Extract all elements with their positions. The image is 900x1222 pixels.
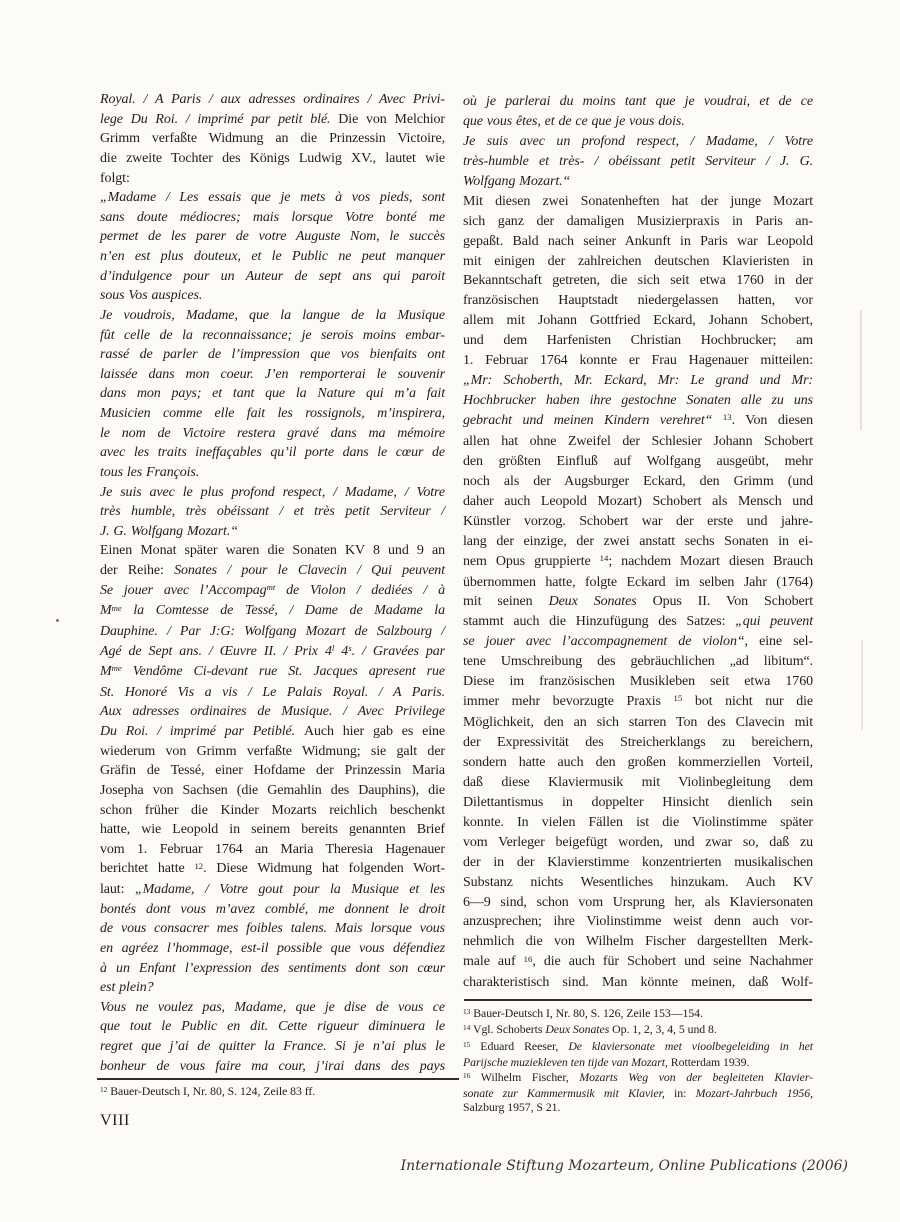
text-segment: Royal. / A Paris / aux adresses ordinair…: [100, 92, 445, 107]
text-segment: nehmlich die von Wilhelm Fischer dargest…: [463, 934, 813, 949]
text-line: sous Vos auspices.: [100, 286, 445, 306]
text-column-left: Royal. / A Paris / aux adresses ordinair…: [100, 90, 445, 1076]
text-line: se jouer avec l’accompagnement de violon…: [463, 632, 813, 652]
text-line: Dilettantismus in doppelter Hinsicht die…: [463, 793, 813, 813]
text-line: Diese im französischen Musikleben seit e…: [463, 672, 813, 692]
text-line: allen hat ohne Zweifel der Schlesier Joh…: [463, 432, 813, 452]
text-line: sonate zur Kammermusik mit Klavier, in: …: [463, 1086, 813, 1100]
text-segment: Einen Monat später waren die Sonaten KV …: [100, 543, 445, 558]
text-line: sondern hatte auch den großen kommerziel…: [463, 753, 813, 773]
text-line: Hochbrucker haben ihre gestochne Sonaten…: [463, 391, 813, 411]
text-segment: Eduard Reeser,: [470, 1039, 568, 1053]
text-segment: übernommen hatte, folgte Eckard im selbe…: [463, 575, 813, 590]
text-segment: Vendôme Ci-devant rue St. Jacques aprese…: [122, 664, 445, 679]
text-line: Musicien comme elle fait les rossignols,…: [100, 404, 445, 424]
superscript-text: 12: [100, 1085, 107, 1094]
text-line: und dem Harfenisten Christian Hochbrucke…: [463, 331, 813, 351]
text-segment: Vgl. Schoberts: [470, 1022, 545, 1036]
text-line: 6—9 sind, schon vom Ursprung her, als Kl…: [463, 893, 813, 913]
text-line: Salzburg 1957, S 21.: [463, 1100, 813, 1114]
text-segment: Bekanntschaft getreten, die sich seit et…: [463, 273, 813, 288]
text-line: male auf 16, die auch für Schobert und s…: [463, 952, 813, 973]
text-segment: M: [100, 603, 112, 618]
text-line: wiederum von Grimm verfaßte Widmung; sie…: [100, 742, 445, 762]
text-line: charakteristisch sind. Man könnte meinen…: [463, 973, 813, 993]
text-line: nem Opus gruppierte 14; nachdem Mozart d…: [463, 552, 813, 573]
text-segment: in:: [665, 1086, 696, 1100]
text-segment: à un Enfant l’expression des sentiments …: [100, 961, 445, 976]
text-line: très humble, très obéissant / et très pe…: [100, 502, 445, 522]
text-segment: rassé de parler de l’impression que vos …: [100, 347, 445, 362]
superscript-text: 16: [463, 1071, 470, 1080]
text-segment: Se jouer avec l’Accompag: [100, 583, 267, 598]
text-line: Aux adresses ordinaires de Musique. / Av…: [100, 702, 445, 722]
text-line: „Madame / Les essais que je mets à vos p…: [100, 188, 445, 208]
text-segment: Sonates / pour le Clavecin / Qui peuvent: [174, 563, 445, 578]
text-line: permet de les parer de votre Auguste Nom…: [100, 227, 445, 247]
text-line: à un Enfant l’expression des sentiments …: [100, 959, 445, 979]
text-segment: Möglichkeit, den an sich starren Ton des…: [463, 715, 813, 730]
text-segment: est plein?: [100, 980, 154, 995]
text-segment: mit einigen der zahlreichen deutschen Kl…: [463, 254, 813, 269]
text-line: Dauphine. / Par J:G: Wolfgang Mozart de …: [100, 622, 445, 642]
text-segment: französischen Hauptstadt niedergelassen …: [463, 293, 813, 308]
text-line: Bekanntschaft getreten, die sich seit et…: [463, 271, 813, 291]
text-line: Je voudrois, Madame, que la langue de la…: [100, 306, 445, 326]
text-segment: St. Honoré Vis a vis / Le Palais Royal. …: [100, 685, 445, 700]
text-segment: . Von diesen: [732, 413, 813, 428]
text-segment: Hochbrucker haben ihre gestochne Sonaten…: [463, 393, 813, 408]
text-segment: tous les François.: [100, 465, 199, 480]
text-line: Je suis avec un profond respect, / Madam…: [463, 132, 813, 152]
text-segment: de vous consacrer mes foibles talens. Ma…: [100, 921, 445, 936]
text-segment: bonheur de vous faire ma cour, j’irai da…: [100, 1059, 445, 1074]
text-line: Mme Vendôme Ci-devant rue St. Jacques ap…: [100, 662, 445, 683]
text-segment: noch als der Augsburger Eckard, den Grim…: [463, 474, 813, 489]
text-segment: Je suis avec le plus profond respect, / …: [100, 485, 445, 500]
text-segment: lege Du Roi. / imprimé par petit blé.: [100, 112, 338, 127]
text-line: sich ganz der damaligen Musizierpraxis i…: [463, 212, 813, 232]
text-segment: tene Umschreibung des gebräuchlichen „ad…: [463, 654, 813, 669]
text-segment: regret que j’ai de quitter la France. Si…: [100, 1039, 445, 1054]
text-segment: Grimm verfaßte Widmung an die Prinzessin…: [100, 131, 445, 146]
page-number: VIII: [100, 1112, 130, 1130]
text-segment: „Madame / Les essais que je mets à vos p…: [100, 190, 445, 205]
text-line: nehmlich die von Wilhelm Fischer dargest…: [463, 932, 813, 952]
text-line: schon früher die Kinder Mozarts reichlic…: [100, 801, 445, 821]
text-segment: en agréez l’hommage, est-il possible que…: [100, 941, 445, 956]
text-line: 13 Bauer-Deutsch I, Nr. 80, S. 126, Zeil…: [463, 1006, 813, 1022]
text-line: le nom de Victoire restera gravé dans ma…: [100, 424, 445, 444]
text-segment: Die von Melchior: [338, 112, 445, 127]
text-segment: que tout le Public en dit. Cette rigueur…: [100, 1019, 445, 1034]
text-segment: der Expressivität des Streicherklangs zu…: [463, 735, 813, 750]
text-line: daß diese Klaviermusik mit Violinbegleit…: [463, 773, 813, 793]
text-segment: nem Opus gruppierte: [463, 554, 600, 569]
text-line: Künstler vorzog. Schobert war der erste …: [463, 512, 813, 532]
text-segment: très humble, très obéissant / et très pe…: [100, 504, 445, 519]
text-segment: où je parlerai du moins tant que je voud…: [463, 94, 813, 109]
superscript-text: 13: [463, 1007, 470, 1016]
text-segment: konnte. In vielen Fällen ist die Violins…: [463, 815, 813, 830]
text-segment: avec les traits ineffaçables qu’il porte…: [100, 445, 445, 460]
text-line: en agréez l’hommage, est-il possible que…: [100, 939, 445, 959]
scanned-book-page: Royal. / A Paris / aux adresses ordinair…: [0, 0, 900, 1222]
text-segment: Du Roi. / imprimé par Petiblé.: [100, 724, 304, 739]
text-segment: sondern hatte auch den großen kommerziel…: [463, 755, 813, 770]
text-line: Se jouer avec l’Accompagmt de Violon / d…: [100, 581, 445, 602]
text-line: Agé de Sept ans. / Œuvre II. / Prix 4l 4…: [100, 642, 445, 663]
text-line: Parijsche muziekleven ten tijde van Moza…: [463, 1055, 813, 1069]
text-line: tene Umschreibung des gebräuchlichen „ad…: [463, 652, 813, 672]
text-segment: der Reihe:: [100, 563, 174, 578]
text-segment: De klaviersonate met vioolbegeleiding in…: [568, 1039, 813, 1053]
text-line: folgt:: [100, 169, 445, 189]
text-line: der Reihe: Sonates / pour le Clavecin / …: [100, 561, 445, 581]
text-segment: Je suis avec un profond respect, / Madam…: [463, 134, 813, 149]
text-segment: den größten Einfluß auf Wolfgang ausgeüb…: [463, 454, 813, 469]
text-line: regret que j’ai de quitter la France. Si…: [100, 1037, 445, 1057]
superscript-text: 14: [600, 553, 609, 563]
text-segment: Je voudrois, Madame, que la langue de la…: [100, 308, 445, 323]
text-segment: permet de les parer de votre Auguste Nom…: [100, 229, 445, 244]
text-segment: Wolfgang Mozart.“: [463, 174, 570, 189]
text-line: Substanz nichts Wesentliches hinzukam. A…: [463, 873, 813, 893]
text-line: J. G. Wolfgang Mozart.“: [100, 522, 445, 542]
text-segment: . / Gravées par: [352, 644, 445, 659]
text-line: daher auch Leopold Mozart) Schobert als …: [463, 492, 813, 512]
text-line: Du Roi. / imprimé par Petiblé. Auch hier…: [100, 722, 445, 742]
text-line: konnte. In vielen Fällen ist die Violins…: [463, 813, 813, 833]
text-line: 12 Bauer-Deutsch I, Nr. 80, S. 124, Zeil…: [100, 1084, 445, 1100]
text-column-right: où je parlerai du moins tant que je voud…: [463, 92, 813, 993]
text-segment: Diese im französischen Musikleben seit e…: [463, 674, 813, 689]
text-segment: que vous êtes, et de ce que je vous dois…: [463, 114, 685, 129]
text-line: vom Verleger beigefügt worden, und zwar …: [463, 833, 813, 853]
text-segment: Bauer-Deutsch I, Nr. 80, S. 126, Zeile 1…: [470, 1006, 703, 1020]
text-segment: Musicien comme elle fait les rossignols,…: [100, 406, 445, 421]
text-segment: gepaßt. Bald nach seiner Ankunft in Pari…: [463, 234, 813, 249]
text-line: d’indulgence pour un Auteur de sept ans …: [100, 267, 445, 287]
text-line: allem mit Johann Gottfried Eckard, Johan…: [463, 311, 813, 331]
text-line: immer mehr bevorzugte Praxis 15 bot nich…: [463, 692, 813, 713]
text-segment: Op. 1, 2, 3, 4, 5 und 8.: [609, 1022, 717, 1036]
text-line: mit einigen der zahlreichen deutschen Kl…: [463, 252, 813, 272]
text-segment: Mozart-Jahrbuch 1956,: [696, 1086, 813, 1100]
text-segment: allem mit Johann Gottfried Eckard, Johan…: [463, 313, 813, 328]
superscript-text: 12: [194, 861, 203, 871]
text-line: Vous ne voulez pas, Madame, que je dise …: [100, 998, 445, 1018]
text-segment: vom Verleger beigefügt worden, und zwar …: [463, 835, 813, 850]
text-line: Gräfin de Tessé, einer Hofdame der Prinz…: [100, 761, 445, 781]
text-segment: Künstler vorzog. Schobert war der erste …: [463, 514, 813, 529]
text-segment: laissée dans mon coeur. J’en remporterai…: [100, 367, 445, 382]
text-segment: „qui peuvent: [735, 614, 813, 629]
text-line: bontés dont vous m’avez comblé, me donne…: [100, 900, 445, 920]
text-segment: Bauer-Deutsch I, Nr. 80, S. 124, Zeile 8…: [107, 1084, 315, 1098]
text-line: gepaßt. Bald nach seiner Ankunft in Pari…: [463, 232, 813, 252]
text-line: der in der Klavierstimme konzentrierten …: [463, 853, 813, 873]
text-segment: male auf: [463, 954, 524, 969]
text-segment: sich ganz der damaligen Musizierpraxis i…: [463, 214, 813, 229]
text-line: de vous consacrer mes foibles talens. Ma…: [100, 919, 445, 939]
text-segment: berichtet hatte: [100, 861, 194, 876]
text-segment: bontés dont vous m’avez comblé, me donne…: [100, 902, 445, 917]
text-line: Einen Monat später waren die Sonaten KV …: [100, 541, 445, 561]
text-line: Je suis avec le plus profond respect, / …: [100, 483, 445, 503]
superscript-text: 13: [723, 412, 732, 422]
superscript-text: 15: [674, 693, 683, 703]
text-segment: vom 1. Februar 1764 an Maria Theresia Ha…: [100, 842, 445, 857]
superscript-text: 14: [463, 1023, 470, 1032]
text-line: lang der einzige, der zwei anstatt sechs…: [463, 532, 813, 552]
text-segment: folgt:: [100, 171, 130, 186]
text-line: berichtet hatte 12. Diese Widmung hat fo…: [100, 859, 445, 880]
text-segment: Wilhelm Fischer,: [470, 1070, 579, 1084]
text-line: die zweite Tochter des Königs Ludwig XV.…: [100, 149, 445, 169]
superscript-text: 15: [463, 1040, 470, 1049]
text-segment: M: [100, 664, 112, 679]
text-line: Royal. / A Paris / aux adresses ordinair…: [100, 90, 445, 110]
text-segment: très-humble et très- / obéissant petit S…: [463, 154, 813, 169]
text-segment: charakteristisch sind. Man könnte meinen…: [463, 975, 813, 990]
text-segment: Parijsche muziekleven ten tijde van Moza…: [463, 1055, 668, 1069]
text-line: übernommen hatte, folgte Eckard im selbe…: [463, 573, 813, 593]
superscript-text: l: [332, 643, 334, 653]
text-line: où je parlerai du moins tant que je voud…: [463, 92, 813, 112]
footnote-rule-left: [97, 1078, 459, 1080]
text-segment: die zweite Tochter des Königs Ludwig XV.…: [100, 151, 445, 166]
text-segment: ; nachdem Mozart diesen Brauch: [608, 554, 813, 569]
text-segment: „Mr: Schoberth, Mr. Eckard, Mr: Le grand…: [463, 373, 813, 388]
footnotes-right: 13 Bauer-Deutsch I, Nr. 80, S. 126, Zeil…: [463, 1006, 813, 1115]
text-line: que vous êtes, et de ce que je vous dois…: [463, 112, 813, 132]
text-line: laissée dans mon coeur. J’en remporterai…: [100, 365, 445, 385]
text-segment: mit seinen: [463, 594, 549, 609]
text-line: 1. Februar 1764 konnte er Frau Hagenauer…: [463, 351, 813, 371]
text-segment: dans mon pays; et tant que la Nature qui…: [100, 386, 445, 401]
text-line: fût celle de la reconnaissance; je seroi…: [100, 326, 445, 346]
text-segment: Rotterdam 1939.: [668, 1055, 749, 1069]
text-segment: Substanz nichts Wesentliches hinzukam. A…: [463, 875, 813, 890]
text-line: lege Du Roi. / imprimé par petit blé. Di…: [100, 110, 445, 130]
superscript-text: 16: [524, 954, 533, 964]
text-line: laut: „Madame, / Votre gout pour la Musi…: [100, 880, 445, 900]
text-line: mit seinen Deux Sonates Opus II. Von Sch…: [463, 592, 813, 612]
text-segment: und dem Harfenisten Christian Hochbrucke…: [463, 333, 813, 348]
text-line: 14 Vgl. Schoberts Deux Sonates Op. 1, 2,…: [463, 1022, 813, 1038]
text-segment: Gräfin de Tessé, einer Hofdame der Prinz…: [100, 763, 445, 778]
text-line: sans doute médiocres; mais lorsque Votre…: [100, 208, 445, 228]
text-segment: Dilettantismus in doppelter Hinsicht die…: [463, 795, 813, 810]
text-segment: le nom de Victoire restera gravé dans ma…: [100, 426, 445, 441]
text-segment: , eine sel-: [745, 634, 813, 649]
text-line: hatte, wie Leopold in seinem bereits gen…: [100, 820, 445, 840]
text-line: St. Honoré Vis a vis / Le Palais Royal. …: [100, 683, 445, 703]
superscript-text: me: [112, 663, 122, 673]
text-segment: Aux adresses ordinaires de Musique. / Av…: [100, 704, 445, 719]
text-segment: . Diese Widmung hat folgenden Wort-: [203, 861, 445, 876]
text-segment: allen hat ohne Zweifel der Schlesier Joh…: [463, 434, 813, 449]
text-line: Wolfgang Mozart.“: [463, 172, 813, 192]
text-segment: gebracht und meinen Kindern verehret“: [463, 413, 723, 428]
text-line: anzusprechen; ihre Violinstimme weist de…: [463, 912, 813, 932]
text-segment: sonate zur Kammermusik mit Klavier,: [463, 1086, 665, 1100]
text-segment: stammt auch die Hinzufügung des Satzes:: [463, 614, 735, 629]
text-segment: Agé de Sept ans. / Œuvre II. / Prix 4: [100, 644, 332, 659]
text-segment: sous Vos auspices.: [100, 288, 202, 303]
text-segment: n’en est plus douteux, et le Public ne p…: [100, 249, 445, 264]
text-segment: Auch hier gab es eine: [304, 724, 445, 739]
text-line: Mit diesen zwei Sonatenheften hat der ju…: [463, 192, 813, 212]
scan-edge-artifact: [860, 310, 862, 430]
scan-speckle: [56, 619, 59, 622]
text-line: Josepha von Sachsen (die Gemahlin des Da…: [100, 781, 445, 801]
text-segment: 4: [334, 644, 348, 659]
text-segment: sans doute médiocres; mais lorsque Votre…: [100, 210, 445, 225]
text-segment: Dauphine. / Par J:G: Wolfgang Mozart de …: [100, 624, 445, 639]
text-segment: Mit diesen zwei Sonatenheften hat der ju…: [463, 194, 813, 209]
text-line: Mme la Comtesse de Tessé, / Dame de Mada…: [100, 601, 445, 622]
text-segment: daher auch Leopold Mozart) Schobert als …: [463, 494, 813, 509]
text-line: vom 1. Februar 1764 an Maria Theresia Ha…: [100, 840, 445, 860]
text-segment: laut:: [100, 882, 135, 897]
text-segment: bot nicht nur die: [682, 694, 813, 709]
text-line: bonheur de vous faire ma cour, j’irai da…: [100, 1057, 445, 1077]
text-line: tous les François.: [100, 463, 445, 483]
superscript-text: s: [348, 643, 351, 653]
text-segment: daß diese Klaviermusik mit Violinbegleit…: [463, 775, 813, 790]
text-line: dans mon pays; et tant que la Nature qui…: [100, 384, 445, 404]
text-segment: der in der Klavierstimme konzentrierten …: [463, 855, 813, 870]
text-line: très-humble et très- / obéissant petit S…: [463, 152, 813, 172]
text-segment: Mozarts Weg von der begleiteten Klavier-: [579, 1070, 813, 1084]
text-line: 16 Wilhelm Fischer, Mozarts Weg von der …: [463, 1070, 813, 1086]
text-segment: anzusprechen; ihre Violinstimme weist de…: [463, 914, 813, 929]
text-line: französischen Hauptstadt niedergelassen …: [463, 291, 813, 311]
text-segment: immer mehr bevorzugte Praxis: [463, 694, 674, 709]
footnotes-left: 12 Bauer-Deutsch I, Nr. 80, S. 124, Zeil…: [100, 1084, 445, 1100]
text-segment: schon früher die Kinder Mozarts reichlic…: [100, 803, 445, 818]
text-line: der Expressivität des Streicherklangs zu…: [463, 733, 813, 753]
superscript-text: me: [112, 603, 122, 613]
scan-edge-artifact: [861, 640, 863, 730]
text-line: gebracht und meinen Kindern verehret“ 13…: [463, 411, 813, 432]
text-line: avec les traits ineffaçables qu’il porte…: [100, 443, 445, 463]
text-segment: hatte, wie Leopold in seinem bereits gen…: [100, 822, 445, 837]
text-line: est plein?: [100, 978, 445, 998]
text-segment: „Madame, / Votre gout pour la Musique et…: [135, 882, 445, 897]
text-segment: la Comtesse de Tessé, / Dame de Madame l…: [122, 603, 445, 618]
text-segment: Deux Sonates: [549, 594, 637, 609]
text-segment: wiederum von Grimm verfaßte Widmung; sie…: [100, 744, 445, 759]
text-segment: Vous ne voulez pas, Madame, que je dise …: [100, 1000, 445, 1015]
text-segment: de Violon / dediées / à: [275, 583, 445, 598]
text-line: que tout le Public en dit. Cette rigueur…: [100, 1017, 445, 1037]
text-line: noch als der Augsburger Eckard, den Grim…: [463, 472, 813, 492]
publication-credit: Internationale Stiftung Mozarteum, Onlin…: [401, 1158, 848, 1174]
text-segment: se jouer avec l’accompagnement de violon…: [463, 634, 745, 649]
text-segment: Josepha von Sachsen (die Gemahlin des Da…: [100, 783, 445, 798]
text-segment: lang der einzige, der zwei anstatt sechs…: [463, 534, 813, 549]
text-line: stammt auch die Hinzufügung des Satzes: …: [463, 612, 813, 632]
text-line: Möglichkeit, den an sich starren Ton des…: [463, 713, 813, 733]
text-line: n’en est plus douteux, et le Public ne p…: [100, 247, 445, 267]
text-segment: , die auch für Schobert und seine Nachah…: [532, 954, 813, 969]
text-segment: 1. Februar 1764 konnte er Frau Hagenauer…: [463, 353, 813, 368]
text-segment: J. G. Wolfgang Mozart.“: [100, 524, 238, 539]
text-line: Grimm verfaßte Widmung an die Prinzessin…: [100, 129, 445, 149]
text-line: 15 Eduard Reeser, De klaviersonate met v…: [463, 1039, 813, 1055]
footnote-rule-right: [464, 999, 812, 1001]
text-line: „Mr: Schoberth, Mr. Eckard, Mr: Le grand…: [463, 371, 813, 391]
superscript-text: mt: [267, 582, 276, 592]
text-segment: Salzburg 1957, S 21.: [463, 1100, 560, 1114]
text-segment: fût celle de la reconnaissance; je seroi…: [100, 328, 445, 343]
text-segment: d’indulgence pour un Auteur de sept ans …: [100, 269, 445, 284]
text-line: den größten Einfluß auf Wolfgang ausgeüb…: [463, 452, 813, 472]
text-segment: 6—9 sind, schon vom Ursprung her, als Kl…: [463, 895, 813, 910]
text-segment: Deux Sonates: [545, 1022, 609, 1036]
text-line: rassé de parler de l’impression que vos …: [100, 345, 445, 365]
text-segment: Opus II. Von Schobert: [637, 594, 813, 609]
